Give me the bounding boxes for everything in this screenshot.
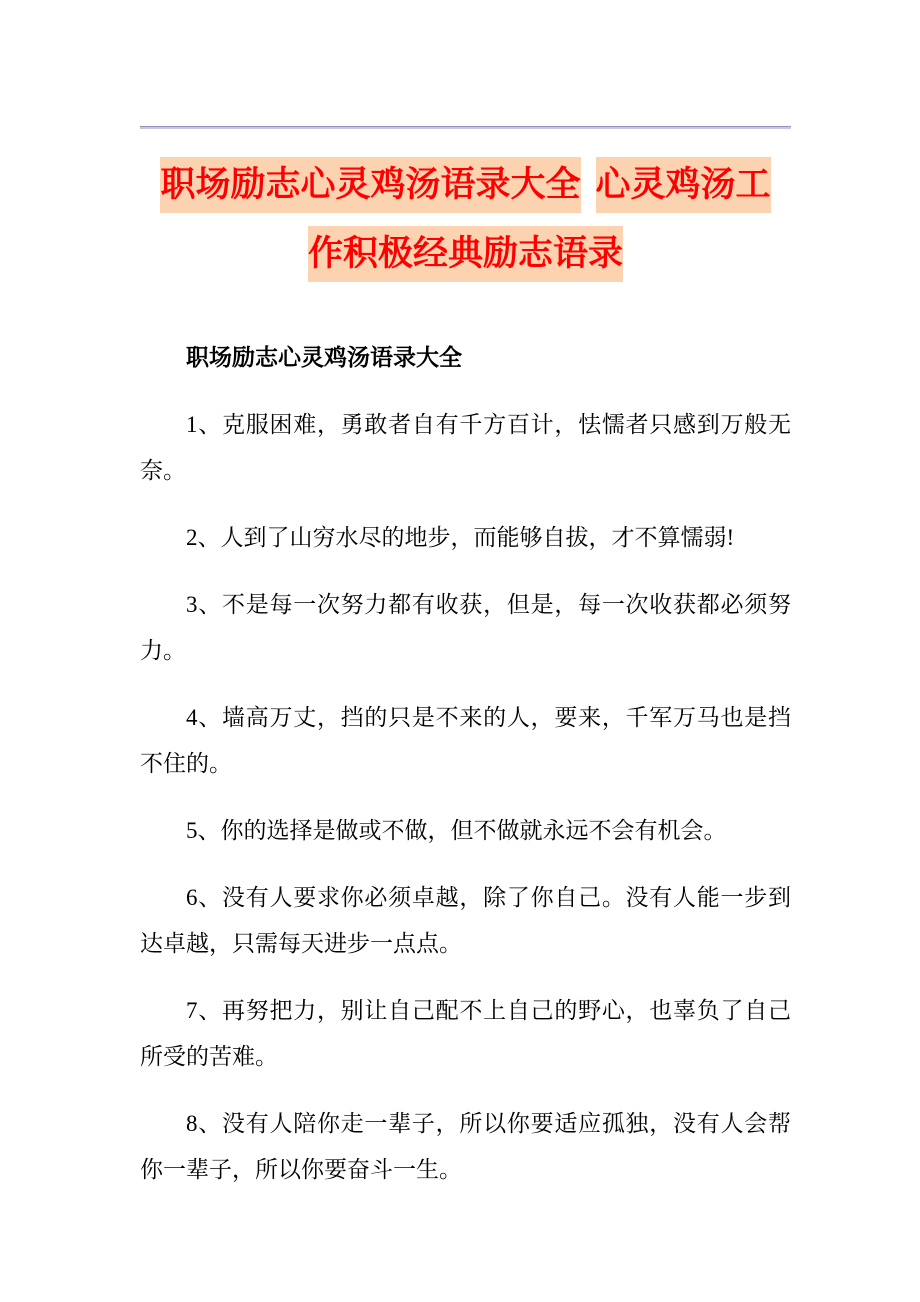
quote-paragraph-7: 7、再努把力，别让自己配不上自己的野心，也辜负了自己所受的苦难。	[140, 988, 791, 1080]
document-page: 职场励志心灵鸡汤语录大全心灵鸡汤工 作积极经典励志语录 职场励志心灵鸡汤语录大全…	[0, 0, 920, 1302]
quote-paragraph-8: 8、没有人陪你走一辈子，所以你要适应孤独，没有人会帮你一辈子，所以你要奋斗一生。	[140, 1101, 791, 1193]
horizontal-rule	[140, 126, 791, 129]
quote-paragraph-3: 3、不是每一次努力都有收获，但是，每一次收获都必须努力。	[140, 582, 791, 674]
quote-paragraph-5: 5、你的选择是做或不做，但不做就永远不会有机会。	[140, 808, 791, 854]
title-line-2: 作积极经典励志语录	[140, 226, 791, 282]
title-line-2-text: 作积极经典励志语录	[308, 226, 623, 282]
quote-paragraph-1: 1、克服困难，勇敢者自有千方百计，怯懦者只感到万般无奈。	[140, 402, 791, 494]
title-line-1-part-2: 心灵鸡汤工	[596, 157, 771, 213]
title-line-1: 职场励志心灵鸡汤语录大全心灵鸡汤工	[140, 157, 791, 213]
quote-paragraph-6: 6、没有人要求你必须卓越，除了你自己。没有人能一步到达卓越，只需每天进步一点点。	[140, 875, 791, 967]
document-title: 职场励志心灵鸡汤语录大全心灵鸡汤工 作积极经典励志语录	[140, 157, 791, 295]
section-heading: 职场励志心灵鸡汤语录大全	[140, 335, 791, 381]
quote-paragraph-2: 2、人到了山穷水尽的地步，而能够自拔，才不算懦弱!	[140, 515, 791, 561]
quote-paragraph-4: 4、墙高万丈，挡的只是不来的人，要来，千军万马也是挡不住的。	[140, 695, 791, 787]
title-line-1-part-1: 职场励志心灵鸡汤语录大全	[160, 157, 580, 213]
document-body: 职场励志心灵鸡汤语录大全 1、克服困难，勇敢者自有千方百计，怯懦者只感到万般无奈…	[140, 335, 791, 1214]
